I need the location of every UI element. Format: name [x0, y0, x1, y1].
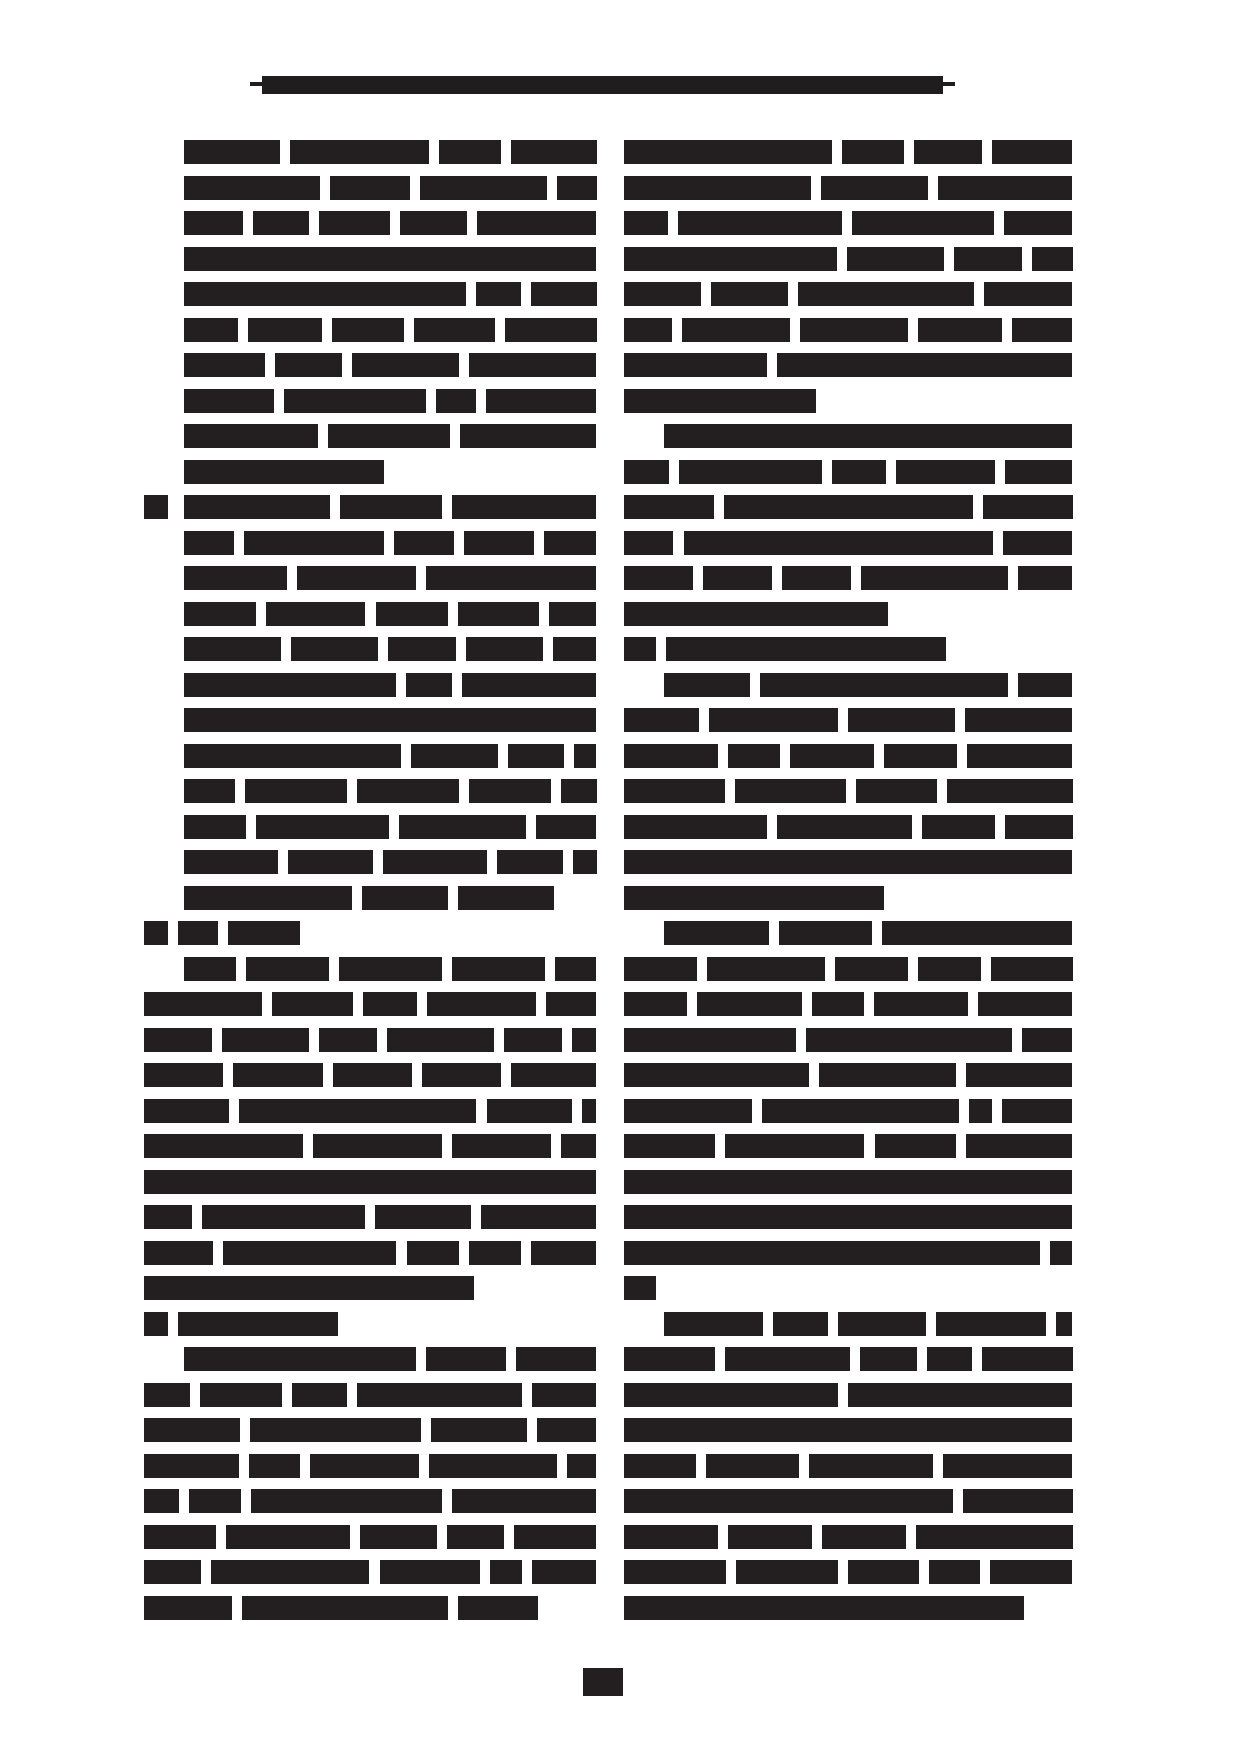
redacted-word [848, 708, 955, 732]
redacted-word [624, 247, 837, 271]
redacted-word [452, 1134, 551, 1158]
redacted-word [226, 1525, 350, 1549]
redacted-word [464, 531, 534, 555]
text-line [624, 1205, 1072, 1229]
redacted-word [682, 318, 790, 342]
redacted-word [624, 211, 668, 235]
text-line [624, 992, 1072, 1016]
redacted-word [249, 1454, 300, 1478]
redacted-word [427, 992, 536, 1016]
redacted-word [313, 1134, 442, 1158]
redacted-word [860, 1347, 917, 1371]
redacted-word [490, 1560, 522, 1584]
redacted-word [458, 602, 539, 626]
text-line [144, 211, 596, 235]
redacted-word [1018, 673, 1072, 697]
text-line [144, 1383, 596, 1407]
redacted-word [458, 886, 554, 910]
redacted-word [582, 1099, 596, 1123]
redacted-word [144, 1205, 192, 1229]
text-line [144, 566, 596, 590]
redacted-word [340, 495, 442, 519]
redacted-word [458, 1596, 538, 1620]
redacted-word [624, 957, 697, 981]
redacted-word [736, 1560, 838, 1584]
redacted-word [544, 531, 596, 555]
redacted-word [1018, 566, 1072, 590]
redacted-word [144, 992, 262, 1016]
redacted-word [624, 744, 718, 768]
text-line [624, 353, 1072, 377]
redacted-word [394, 531, 454, 555]
redacted-word [383, 850, 487, 874]
redacted-word [624, 815, 767, 839]
redacted-word [184, 708, 596, 732]
text-line [624, 673, 1072, 697]
redacted-word [486, 389, 596, 413]
redacted-word [874, 992, 968, 1016]
redacted-word [984, 282, 1072, 306]
text-line [144, 957, 596, 981]
redacted-word [666, 637, 946, 661]
redacted-word [339, 957, 442, 981]
redacted-word [967, 744, 1072, 768]
text-line [624, 1383, 1072, 1407]
redacted-word [284, 389, 426, 413]
redacted-word [624, 1063, 809, 1087]
redacted-word [624, 1276, 656, 1300]
text-line [624, 957, 1072, 981]
redacted-word [806, 1028, 1012, 1052]
redacted-word [469, 353, 596, 377]
redacted-word [411, 744, 498, 768]
redacted-word [664, 1312, 763, 1336]
redacted-word [184, 389, 274, 413]
text-line [624, 1596, 1072, 1620]
text-line [624, 1560, 1072, 1584]
redacted-word [624, 140, 832, 164]
redacted-word [624, 1028, 796, 1052]
redacted-word [861, 566, 1008, 590]
redacted-word [481, 1205, 596, 1229]
redacted-word [762, 1099, 959, 1123]
redacted-word [184, 744, 401, 768]
redacted-word [184, 211, 243, 235]
redacted-word [735, 779, 846, 803]
redacted-word [144, 921, 168, 945]
redacted-word [536, 815, 596, 839]
text-line [144, 602, 596, 626]
redacted-word [144, 1134, 303, 1158]
redacted-word [380, 1560, 480, 1584]
redacted-word [407, 1241, 459, 1265]
redacted-word [537, 1418, 596, 1442]
redacted-word [724, 495, 973, 519]
redacted-word [399, 815, 526, 839]
text-line [144, 1418, 596, 1442]
redacted-word [184, 176, 320, 200]
redacted-word [703, 566, 772, 590]
redacted-word [360, 1525, 437, 1549]
redacted-word [144, 1063, 223, 1087]
redacted-word [511, 1063, 596, 1087]
redacted-word [184, 957, 236, 981]
redacted-word [531, 282, 597, 306]
redacted-word [624, 353, 767, 377]
redacted-word [357, 779, 459, 803]
redacted-word [983, 495, 1073, 519]
text-line [144, 1347, 596, 1371]
redacted-word [184, 566, 287, 590]
text-line [624, 495, 1072, 519]
text-line [144, 1063, 596, 1087]
text-line [144, 1099, 596, 1123]
text-line [144, 815, 596, 839]
redacted-word [297, 566, 416, 590]
redacted-word [184, 779, 235, 803]
text-line [144, 282, 596, 306]
redacted-word [800, 318, 908, 342]
redacted-word [1005, 815, 1073, 839]
redacted-word [711, 282, 788, 306]
header-text-redacted [262, 76, 943, 94]
redacted-word [248, 318, 322, 342]
text-line [144, 1489, 596, 1513]
redacted-word [184, 318, 238, 342]
redacted-word [375, 1205, 471, 1229]
redacted-word [452, 495, 596, 519]
redacted-word [822, 1525, 906, 1549]
text-line [144, 140, 596, 164]
text-line [144, 1560, 596, 1584]
redacted-word [239, 1099, 476, 1123]
page-number-redacted [583, 1668, 623, 1696]
running-header [250, 72, 955, 94]
redacted-word [251, 1489, 442, 1513]
text-line [624, 460, 1072, 484]
text-line [144, 850, 596, 874]
redacted-word [965, 708, 1072, 732]
redacted-word [1012, 318, 1072, 342]
redacted-word [290, 140, 429, 164]
text-line [144, 1596, 596, 1620]
text-line [624, 211, 1072, 235]
text-line [144, 1525, 596, 1549]
redacted-word [624, 708, 699, 732]
redacted-word [245, 779, 347, 803]
redacted-word [966, 1063, 1072, 1087]
redacted-word [624, 1383, 838, 1407]
redacted-word [144, 1028, 212, 1052]
redacted-word [184, 1347, 416, 1371]
redacted-word [431, 1418, 527, 1442]
redacted-word [452, 1489, 596, 1513]
redacted-word [624, 176, 811, 200]
redacted-word [624, 460, 669, 484]
redacted-word [896, 460, 995, 484]
redacted-word [918, 957, 981, 981]
redacted-word [624, 850, 1072, 874]
redacted-word [144, 1276, 474, 1300]
text-line [624, 708, 1072, 732]
text-line [624, 176, 1072, 200]
redacted-word [624, 1525, 718, 1549]
redacted-word [624, 566, 693, 590]
redacted-word [310, 1454, 419, 1478]
text-line [144, 1134, 596, 1158]
redacted-word [982, 1347, 1073, 1371]
redacted-word [936, 1312, 1046, 1336]
redacted-word [842, 140, 904, 164]
redacted-word [725, 1347, 850, 1371]
redacted-word [266, 602, 365, 626]
redacted-word [798, 282, 974, 306]
redacted-word [1050, 1241, 1072, 1265]
redacted-word [357, 1383, 522, 1407]
redacted-word [1005, 460, 1072, 484]
text-line [624, 247, 1072, 271]
redacted-word [557, 176, 597, 200]
text-line [144, 247, 596, 271]
redacted-word [978, 992, 1072, 1016]
redacted-word [664, 673, 750, 697]
text-line [624, 531, 1072, 555]
redacted-word [838, 1312, 926, 1336]
redacted-word [553, 637, 596, 661]
redacted-word [918, 318, 1002, 342]
text-line [144, 495, 596, 519]
redacted-word [546, 992, 596, 1016]
redacted-word [852, 211, 994, 235]
redacted-word [624, 1347, 715, 1371]
redacted-word [144, 1170, 596, 1194]
redacted-word [144, 1099, 229, 1123]
text-line [624, 1063, 1072, 1087]
redacted-word [242, 1596, 448, 1620]
redacted-word [624, 495, 714, 519]
redacted-word [624, 637, 656, 661]
redacted-word [847, 247, 944, 271]
redacted-word [875, 1134, 956, 1158]
redacted-word [184, 602, 256, 626]
redacted-word [624, 1418, 1072, 1442]
redacted-word [144, 1454, 239, 1478]
redacted-word [406, 673, 452, 697]
redacted-word [624, 992, 687, 1016]
redacted-word [319, 1028, 377, 1052]
redacted-word [516, 1347, 596, 1371]
redacted-word [624, 1134, 715, 1158]
redacted-word [184, 282, 466, 306]
redacted-word [184, 424, 318, 448]
text-line [144, 779, 596, 803]
redacted-word [990, 1560, 1072, 1584]
text-line [624, 1134, 1072, 1158]
redacted-word [624, 779, 725, 803]
redacted-word [848, 1383, 1072, 1407]
redacted-word [184, 815, 246, 839]
redacted-word [362, 886, 448, 910]
left-column [144, 140, 596, 1631]
redacted-word [624, 318, 672, 342]
redacted-word [773, 1312, 828, 1336]
redacted-word [624, 1099, 752, 1123]
redacted-word [549, 602, 596, 626]
redacted-word [572, 1028, 596, 1052]
redacted-word [728, 1525, 812, 1549]
text-line [624, 1454, 1072, 1478]
redacted-word [624, 886, 884, 910]
redacted-word [1003, 531, 1072, 555]
section-heading [144, 921, 596, 945]
redacted-word [664, 424, 1072, 448]
redacted-word [184, 637, 281, 661]
redacted-word [777, 815, 912, 839]
text-line [624, 140, 1072, 164]
redacted-word [200, 1383, 282, 1407]
redacted-word [189, 1489, 241, 1513]
text-line [624, 886, 1072, 910]
redacted-word [624, 602, 888, 626]
redacted-word [821, 176, 928, 200]
redacted-word [228, 921, 300, 945]
redacted-word [884, 744, 957, 768]
redacted-word [882, 921, 1072, 945]
text-line [624, 1028, 1072, 1052]
redacted-word [387, 1028, 494, 1052]
redacted-word [184, 353, 265, 377]
redacted-word [452, 957, 545, 981]
redacted-word [790, 744, 874, 768]
redacted-word [477, 211, 596, 235]
text-line [624, 1525, 1072, 1549]
redacted-word [624, 389, 816, 413]
redacted-word [144, 1596, 232, 1620]
text-line [624, 1276, 1072, 1300]
redacted-word [943, 1454, 1072, 1478]
redacted-word [991, 957, 1073, 981]
text-line [144, 886, 596, 910]
redacted-word [624, 1489, 953, 1513]
redacted-word [567, 1454, 596, 1478]
text-line [624, 815, 1072, 839]
redacted-word [1002, 1099, 1072, 1123]
redacted-word [184, 140, 280, 164]
redacted-word [211, 1560, 369, 1584]
redacted-word [922, 815, 995, 839]
redacted-word [144, 1383, 190, 1407]
text-line [624, 1489, 1072, 1513]
text-line [624, 1347, 1072, 1371]
redacted-word [1004, 211, 1072, 235]
redacted-word [809, 1454, 933, 1478]
redacted-word [476, 282, 521, 306]
redacted-word [848, 1560, 919, 1584]
text-line [144, 1028, 596, 1052]
redacted-word [330, 176, 410, 200]
redacted-word [244, 531, 384, 555]
redacted-word [508, 744, 564, 768]
redacted-word [332, 318, 404, 342]
text-line [624, 1241, 1072, 1265]
redacted-word [487, 1099, 572, 1123]
redacted-word [697, 992, 802, 1016]
text-line [624, 424, 1072, 448]
redacted-word [275, 353, 342, 377]
redacted-word [178, 1312, 338, 1336]
redacted-word [684, 531, 993, 555]
redacted-word [333, 1063, 412, 1087]
redacted-word [779, 921, 872, 945]
redacted-word [561, 779, 597, 803]
redacted-word [460, 424, 596, 448]
redacted-word [725, 1134, 864, 1158]
redacted-word [184, 247, 596, 271]
redacted-word [184, 673, 396, 697]
redacted-word [363, 992, 417, 1016]
redacted-word [709, 708, 838, 732]
text-line [144, 992, 596, 1016]
redacted-word [462, 673, 596, 697]
section-heading [144, 1312, 596, 1336]
redacted-word [328, 424, 450, 448]
redacted-word [178, 921, 218, 945]
text-line [624, 318, 1072, 342]
text-line [144, 708, 596, 732]
text-line [144, 318, 596, 342]
redacted-word [812, 992, 864, 1016]
text-line [144, 1241, 596, 1265]
text-line [624, 602, 1072, 626]
redacted-word [144, 1418, 240, 1442]
redacted-word [624, 531, 673, 555]
redacted-word [992, 140, 1072, 164]
redacted-word [532, 1383, 596, 1407]
redacted-word [184, 495, 330, 519]
section-heading [624, 637, 1072, 661]
bullet-icon [144, 495, 168, 519]
text-line [624, 1312, 1072, 1336]
redacted-word [420, 176, 547, 200]
text-line [624, 1170, 1072, 1194]
text-line [624, 282, 1072, 306]
text-line [144, 673, 596, 697]
text-line [624, 850, 1072, 874]
redacted-word [292, 1383, 347, 1407]
redacted-word [497, 850, 563, 874]
redacted-word [144, 1525, 216, 1549]
text-line [144, 389, 596, 413]
redacted-word [531, 1241, 596, 1265]
text-line [144, 531, 596, 555]
redacted-word [233, 1063, 323, 1087]
right-column [624, 140, 1072, 1631]
redacted-word [469, 779, 551, 803]
redacted-word [388, 637, 456, 661]
text-line [624, 779, 1072, 803]
redacted-word [938, 176, 1072, 200]
redacted-word [426, 1347, 506, 1371]
text-line [624, 1418, 1072, 1442]
redacted-word [202, 1205, 365, 1229]
redacted-word [777, 353, 1072, 377]
redacted-word [439, 140, 501, 164]
redacted-word [624, 282, 701, 306]
redacted-word [246, 957, 329, 981]
redacted-word [832, 460, 886, 484]
redacted-word [624, 1170, 1072, 1194]
redacted-word [288, 850, 373, 874]
